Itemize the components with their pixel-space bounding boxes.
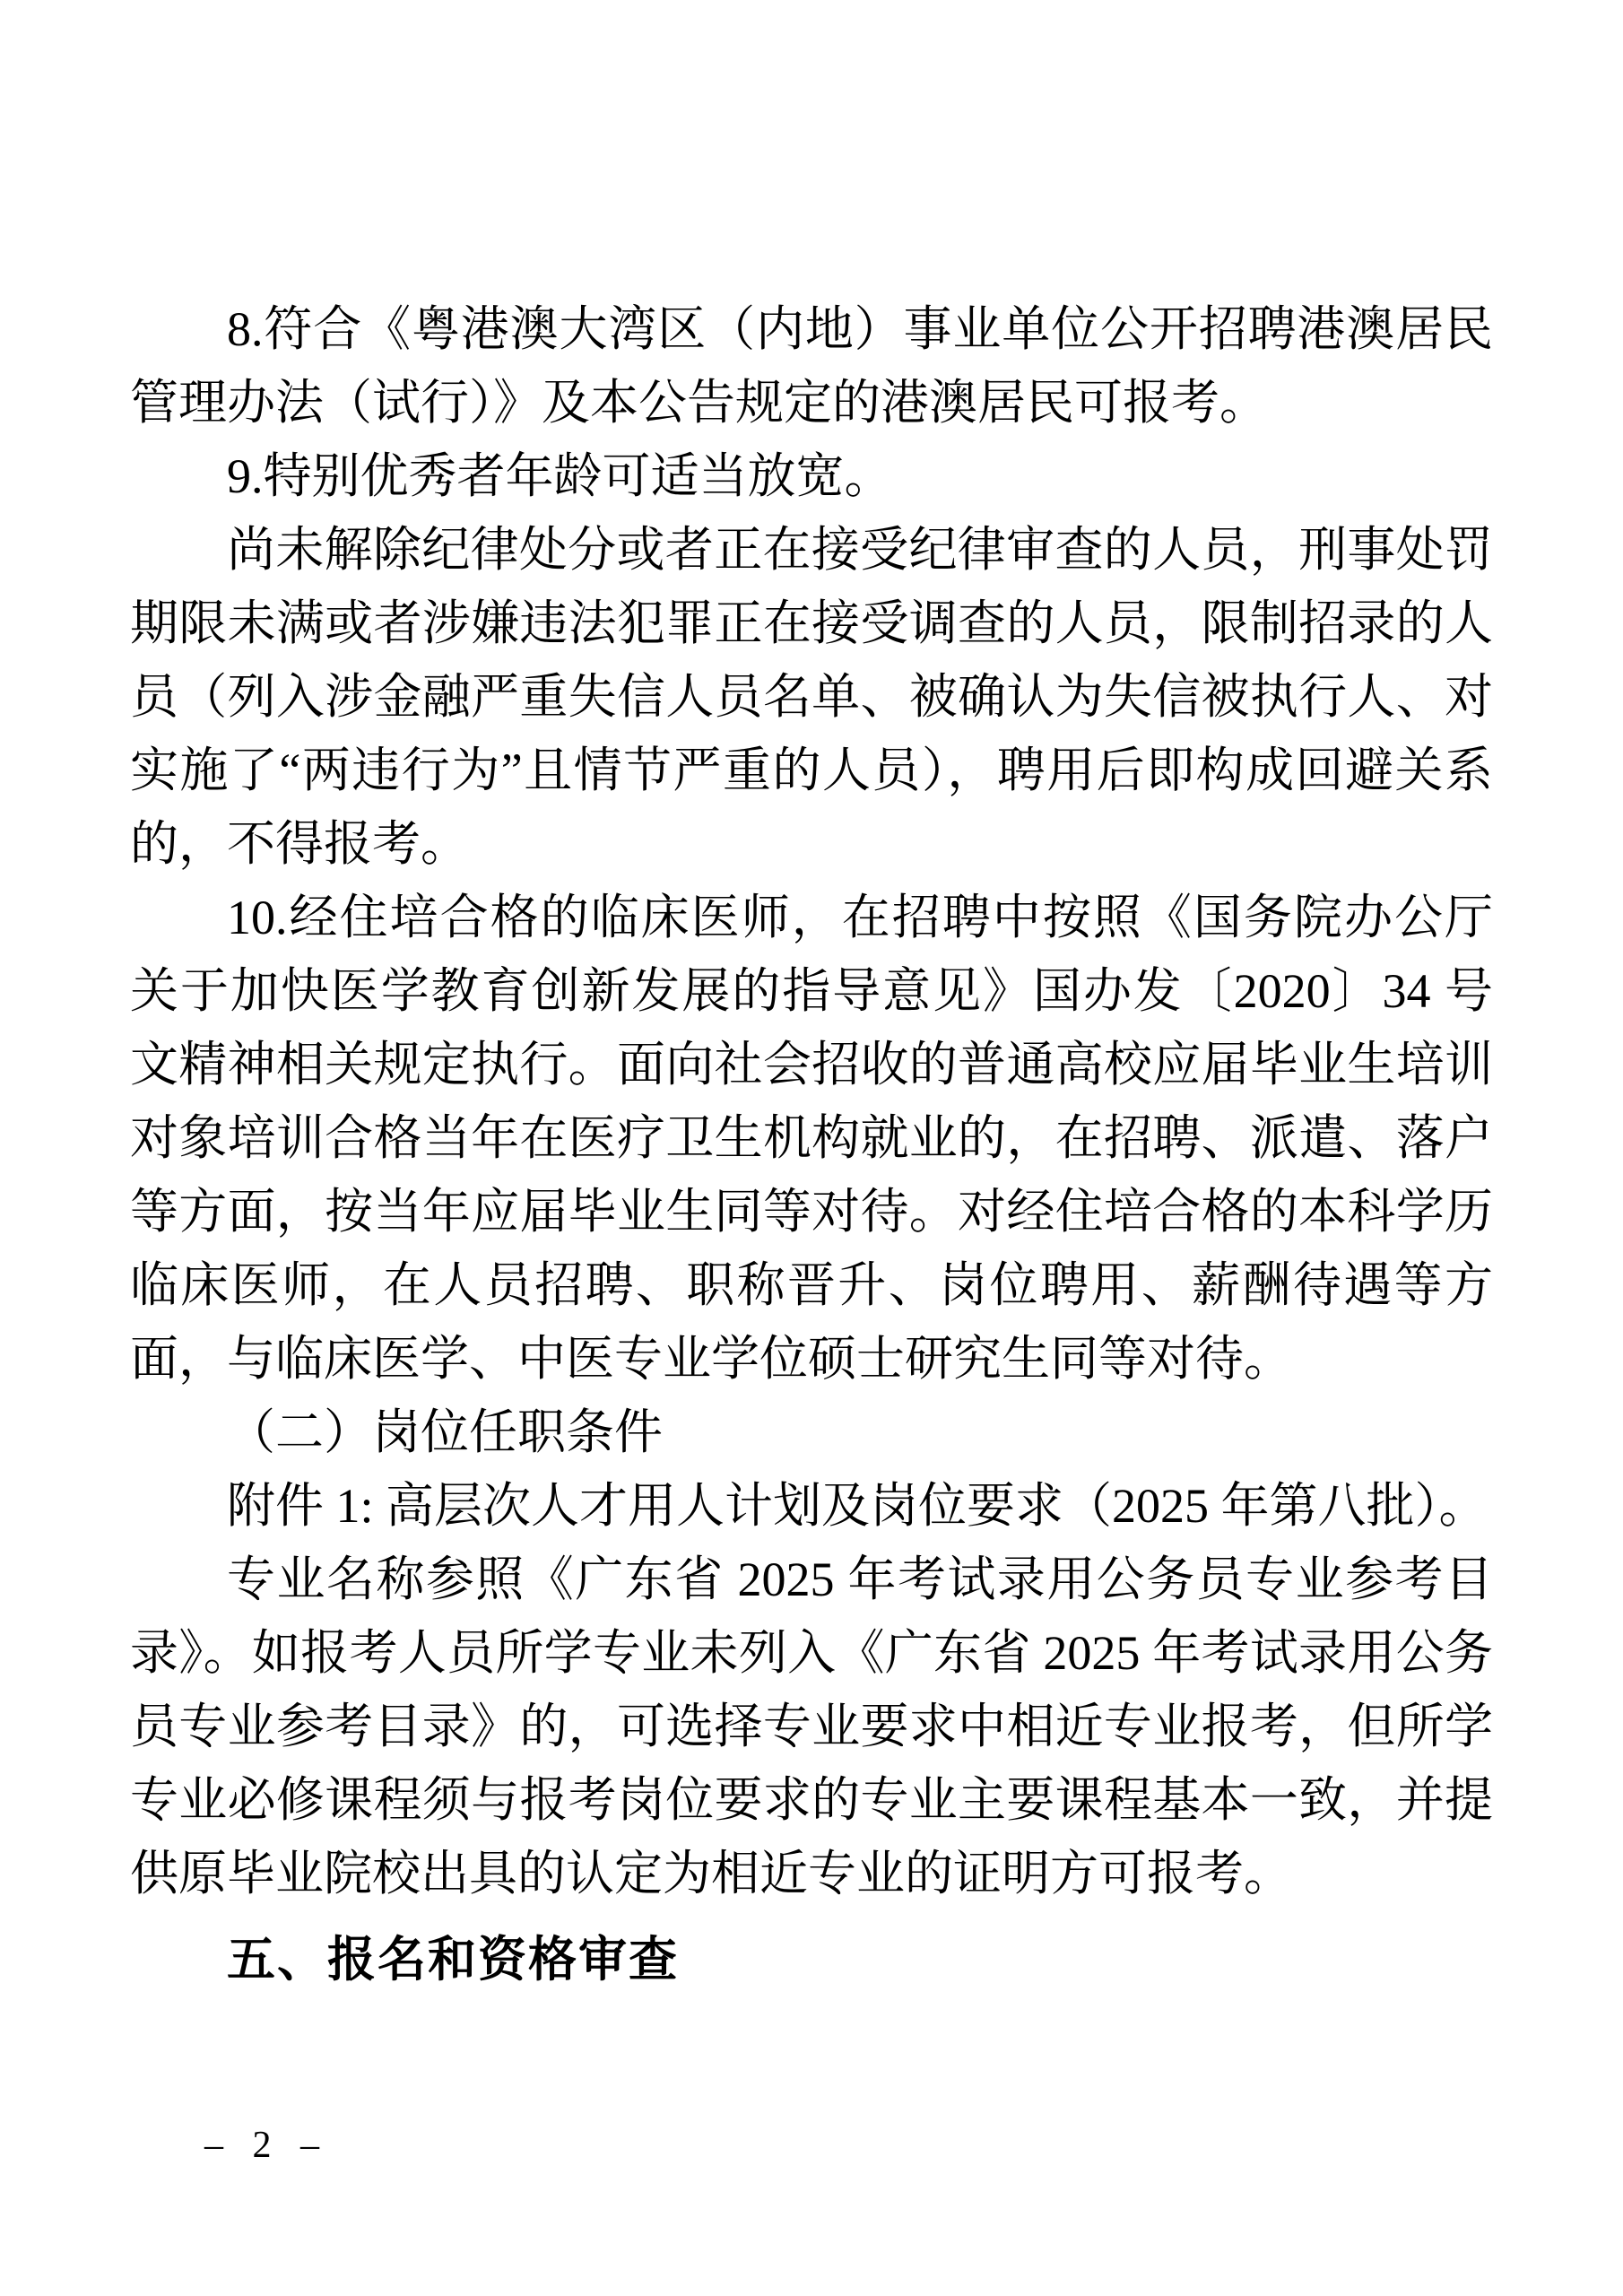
subsection-heading-job-qualification: （二）岗位任职条件 — [130, 1396, 1493, 1469]
section-heading-registration-review: 五、报名和资格审查 — [130, 1923, 1493, 1996]
paragraph-disqualification-rules: 尚未解除纪律处分或者正在接受纪律审查的人员，刑事处罚期限未满或者涉嫌违法犯罪正在… — [130, 513, 1493, 881]
paragraph-clause-10-resident-physicians: 10.经住培合格的临床医师，在招聘中按照《国务院办公厅关于加快医学教育创新发展的… — [130, 881, 1493, 1396]
paragraph-attachment-1: 附件 1: 高层次人才用人计划及岗位要求（2025 年第八批）。 — [130, 1469, 1493, 1543]
page-number: – 2 – — [204, 2124, 319, 2167]
document-page: 8.符合《粤港澳大湾区（内地）事业单位公开招聘港澳居民管理办法（试行）》及本公告… — [0, 0, 1623, 2296]
paragraph-major-reference-catalog: 专业名称参照《广东省 2025 年考试录用公务员专业参考目录》。如报考人员所学专… — [130, 1543, 1493, 1910]
paragraph-clause-8-hkmo-residents: 8.符合《粤港澳大湾区（内地）事业单位公开招聘港澳居民管理办法（试行）》及本公告… — [130, 292, 1493, 439]
paragraph-clause-9-age-relaxation: 9.特别优秀者年龄可适当放宽。 — [130, 439, 1493, 513]
document-body: 8.符合《粤港澳大湾区（内地）事业单位公开招聘港澳居民管理办法（试行）》及本公告… — [130, 292, 1493, 1996]
